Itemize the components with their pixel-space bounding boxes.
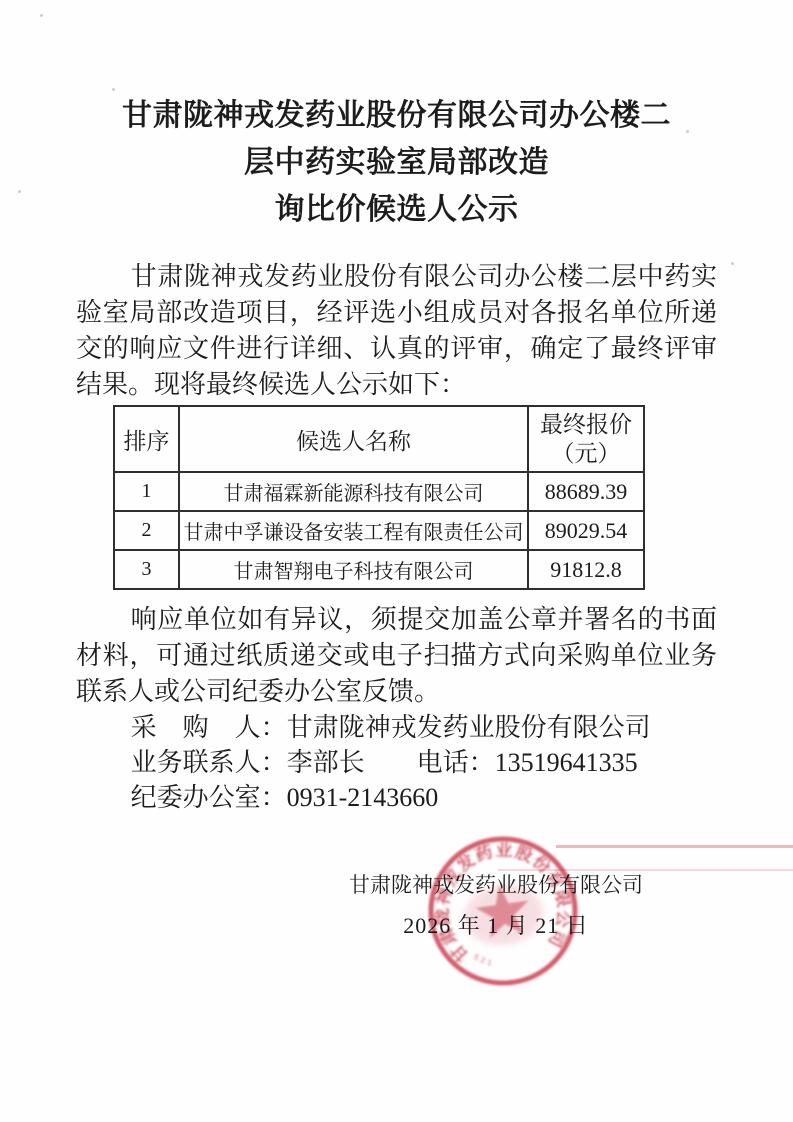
discipline-office-line: 纪委办公室：0931-2143660 <box>76 780 717 815</box>
contact-block: 采 购 人：甘肃陇神戎发药业股份有限公司 业务联系人：李部长 电话：135196… <box>76 710 717 815</box>
document-page: 甘肃陇神戎发药业股份有限公司办公楼二 层中药实验室局部改造 询比价候选人公示 甘… <box>0 0 793 1122</box>
scan-speck <box>298 212 301 215</box>
seal-number: 521 <box>471 950 497 971</box>
table-row: 1 甘肃福霖新能源科技有限公司 88689.39 <box>114 472 644 511</box>
table-header-row: 排序 候选人名称 最终报价 （元） <box>114 406 644 472</box>
header-rank: 排序 <box>114 406 179 472</box>
business-contact-line: 业务联系人：李部长 电话：13519641335 <box>76 745 717 780</box>
candidate-cell: 甘肃福霖新能源科技有限公司 <box>179 472 528 511</box>
scan-speck <box>112 88 115 91</box>
document-title: 甘肃陇神戎发药业股份有限公司办公楼二 层中药实验室局部改造 询比价候选人公示 <box>76 92 717 233</box>
header-final-price-line2: （元） <box>529 439 643 468</box>
signature-company: 甘肃陇神戎发药业股份有限公司 <box>346 872 646 898</box>
table-row: 2 甘肃中孚谦设备安装工程有限责任公司 89029.54 <box>114 511 644 550</box>
header-final-price: 最终报价 （元） <box>528 406 644 472</box>
price-cell: 89029.54 <box>528 511 644 550</box>
rank-cell: 1 <box>114 472 179 511</box>
signature-block: 甘肃陇神戎发药业股份有限公司 2026 年 1 月 21 日 <box>346 872 646 939</box>
scan-speck <box>686 130 689 133</box>
header-candidate: 候选人名称 <box>179 406 528 472</box>
scan-speck <box>18 190 21 193</box>
scan-streak <box>556 845 793 848</box>
title-line-1: 甘肃陇神戎发药业股份有限公司办公楼二 <box>76 92 717 139</box>
candidates-table: 排序 候选人名称 最终报价 （元） 1 甘肃福霖新能源科技有限公司 88689.… <box>113 405 645 590</box>
candidate-cell: 甘肃智翔电子科技有限公司 <box>179 550 528 589</box>
title-line-2: 层中药实验室局部改造 <box>76 139 717 186</box>
rank-cell: 2 <box>114 511 179 550</box>
scan-speck <box>40 14 43 17</box>
title-line-3: 询比价候选人公示 <box>76 186 717 233</box>
candidate-cell: 甘肃中孚谦设备安装工程有限责任公司 <box>179 511 528 550</box>
table-row: 3 甘肃智翔电子科技有限公司 91812.8 <box>114 550 644 589</box>
scan-speck <box>100 338 103 341</box>
seal-number-holder: 521 <box>471 950 497 971</box>
rank-cell: 3 <box>114 550 179 589</box>
price-cell: 91812.8 <box>528 550 644 589</box>
price-cell: 88689.39 <box>528 472 644 511</box>
scan-speck <box>731 262 734 265</box>
purchaser-line: 采 购 人：甘肃陇神戎发药业股份有限公司 <box>76 710 717 745</box>
intro-paragraph: 甘肃陇神戎发药业股份有限公司办公楼二层中药实验室局部改造项目，经评选小组成员对各… <box>76 259 717 403</box>
header-final-price-line1: 最终报价 <box>529 410 643 439</box>
signature-date: 2026 年 1 月 21 日 <box>346 913 646 939</box>
scan-streak <box>498 869 793 871</box>
objection-paragraph: 响应单位如有异议，须提交加盖公章并署名的书面材料，可通过纸质递交或电子扫描方式向… <box>76 602 717 710</box>
